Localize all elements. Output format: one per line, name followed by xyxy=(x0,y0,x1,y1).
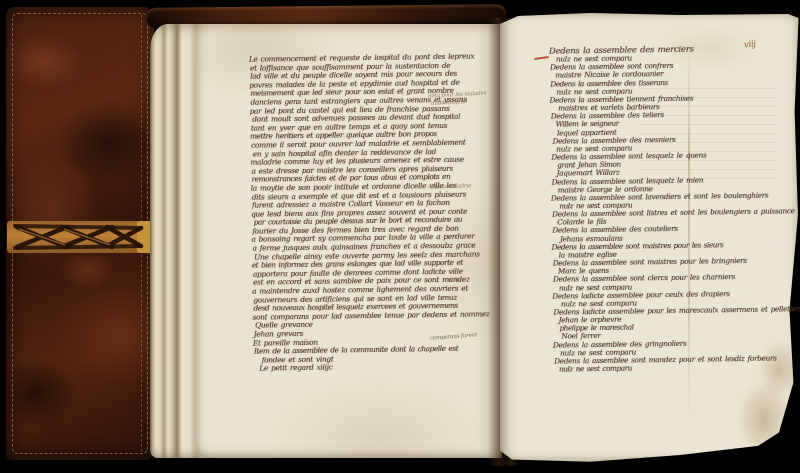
strap-lacing-icon xyxy=(7,220,167,254)
right-page-text: Dedens la assemblee des merciers nulz ne… xyxy=(550,44,797,374)
binding-strap xyxy=(7,220,167,254)
manuscript-photo: Le commencement et requeste de lospital … xyxy=(0,0,800,473)
folio-number: viij xyxy=(743,39,756,50)
margin-note: nota xyxy=(448,277,460,283)
